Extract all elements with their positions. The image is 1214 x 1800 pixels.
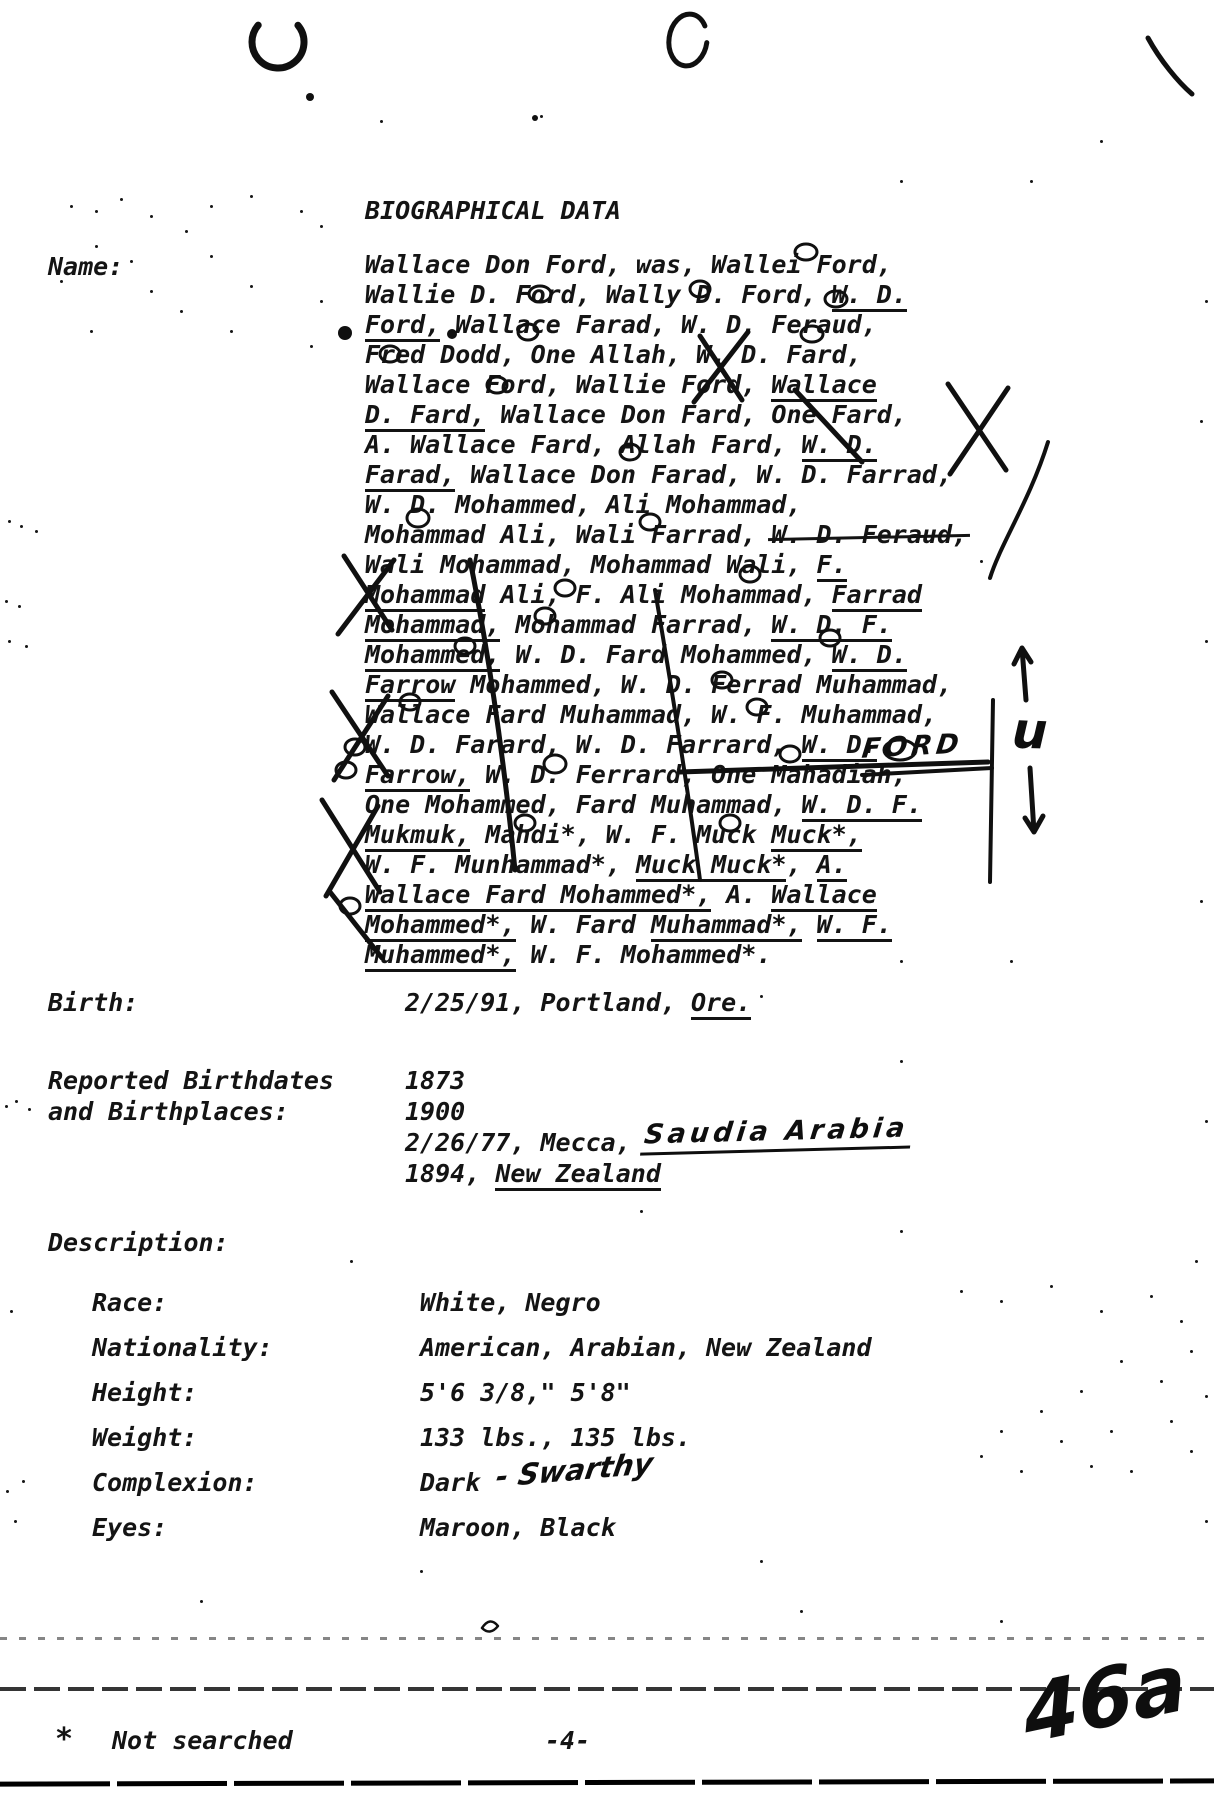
alias-line: A. Wallace Fard, Allah Fard, W. D. <box>365 430 1025 460</box>
alias-line: Wallie D. Ford, Wally D. Ford, W. D. <box>365 280 1025 310</box>
description-field-label: Nationality: <box>92 1333 273 1362</box>
description-field-value: American, Arabian, New Zealand <box>420 1333 872 1362</box>
description-field-label: Race: <box>92 1288 167 1317</box>
ink-blob <box>338 326 352 340</box>
description-field-value: White, Negro <box>420 1288 601 1317</box>
page-title: BIOGRAPHICAL DATA <box>365 196 621 225</box>
description-field-label: Height: <box>92 1378 197 1407</box>
description-field-value: Dark <box>420 1468 480 1497</box>
corner-slash-mark <box>1148 38 1192 94</box>
scanned-document-page: BIOGRAPHICAL DATA Name: Wallace Don Ford… <box>0 0 1214 1800</box>
reported-birth-label-line1: Reported Birthdates <box>48 1066 334 1095</box>
ring-mark <box>666 12 711 69</box>
description-row: Nationality:American, Arabian, New Zeala… <box>0 1333 1214 1365</box>
alias-line: Farad, Wallace Don Farad, W. D. Farrad, <box>365 460 1025 490</box>
alias-line: Muhammed*, W. F. Mohammed*. <box>365 940 1025 970</box>
handwritten-ford: FORD <box>860 728 964 765</box>
alias-line: Mohammed*, W. Fard Muhammad*, W. F. <box>365 910 1025 940</box>
reported-birth-label-line2: and Birthplaces: <box>48 1097 289 1126</box>
alias-line: Farrow Mohammed, W. D. Ferrad Muhammad, <box>365 670 1025 700</box>
description-row: Height:5'6 3/8," 5'8" <box>0 1378 1214 1410</box>
page-number: -4- <box>545 1726 590 1755</box>
handwritten-corner-mark: 46a <box>1019 1635 1190 1762</box>
alias-line: 1894, New Zealand <box>405 1159 661 1190</box>
description-row: Eyes:Maroon, Black <box>0 1513 1214 1545</box>
alias-line: D. Fard, Wallace Don Fard, One Fard, <box>365 400 1025 430</box>
alias-line: Ford, Wallace Farad, W. D. Feraud, <box>365 310 1025 340</box>
alias-line: Farrow, W. D. Ferrard, One Mahadiah, <box>365 760 1025 790</box>
alias-line: W. F. Munhammad*, Muck Muck*, A. <box>365 850 1025 880</box>
handwritten-saudia-arabia: Saudia Arabia <box>640 1112 914 1155</box>
description-label: Description: <box>48 1228 229 1257</box>
ink-blob <box>532 115 538 121</box>
alias-line: Wallace Ford, Wallie Ford, Wallace <box>365 370 1025 400</box>
down-arrow-icon <box>1025 768 1043 832</box>
alias-line: Wallace Don Ford, was, Wallei Ford, <box>365 250 1025 280</box>
footnote-text: Not searched <box>112 1726 293 1755</box>
alias-line: 1900 <box>405 1097 465 1128</box>
description-field-value: 5'6 3/8," 5'8" <box>420 1378 631 1407</box>
alias-list: Wallace Don Ford, was, Wallei Ford,Walli… <box>365 250 1025 970</box>
alias-line: Mohammad, Mohammad Farrad, W. D. F. <box>365 610 1025 640</box>
description-field-value: Maroon, Black <box>420 1513 616 1542</box>
scan-streak <box>0 1637 1214 1640</box>
alias-line: Mohammad Ali, Wali Farrad, W. D. Feraud, <box>365 520 1025 550</box>
alias-line: Mukmuk, Mahdi*, W. F. Muck Muck*, <box>365 820 1025 850</box>
alias-line: W. D. Mohammed, Ali Mohammad, <box>365 490 1025 520</box>
scan-noise <box>0 0 3 3</box>
alias-line: One Mohammed, Fard Muhammad, W. D. F. <box>365 790 1025 820</box>
footnote-asterisk: * <box>55 1722 73 1757</box>
page-bottom-rule <box>0 1778 1214 1786</box>
alias-line: 1873 <box>405 1066 465 1097</box>
alias-line: Wallace Fard Mohammed*, A. Wallace <box>365 880 1025 910</box>
name-label: Name: <box>48 252 123 281</box>
description-field-label: Complexion: <box>92 1468 258 1497</box>
handwritten-margin-letter: u <box>1011 701 1049 760</box>
alias-line: Wali Mohammad, Mohammad Wali, F. <box>365 550 1025 580</box>
description-row: Race:White, Negro <box>0 1288 1214 1320</box>
description-field-label: Eyes: <box>92 1513 167 1542</box>
birth-label: Birth: <box>48 988 138 1017</box>
alias-line: Mohammad Ali, F. Ali Mohammad, Farrad <box>365 580 1025 610</box>
alias-line: Fred Dodd, One Allah, W. D. Fard, <box>365 340 1025 370</box>
small-squiggle-mark <box>482 1621 498 1631</box>
alias-line: 2/26/77, Mecca, <box>405 1128 631 1159</box>
alias-line: Mohammed, W. D. Fard Mohammed, W. D. <box>365 640 1025 670</box>
alias-line: Wallace Fard Muhammad, W. F. Muhammad, <box>365 700 1025 730</box>
birth-value: 2/25/91, Portland, Ore. <box>405 988 751 1017</box>
description-field-label: Weight: <box>92 1423 197 1452</box>
ring-mark <box>241 5 314 78</box>
ink-blob <box>306 93 314 101</box>
